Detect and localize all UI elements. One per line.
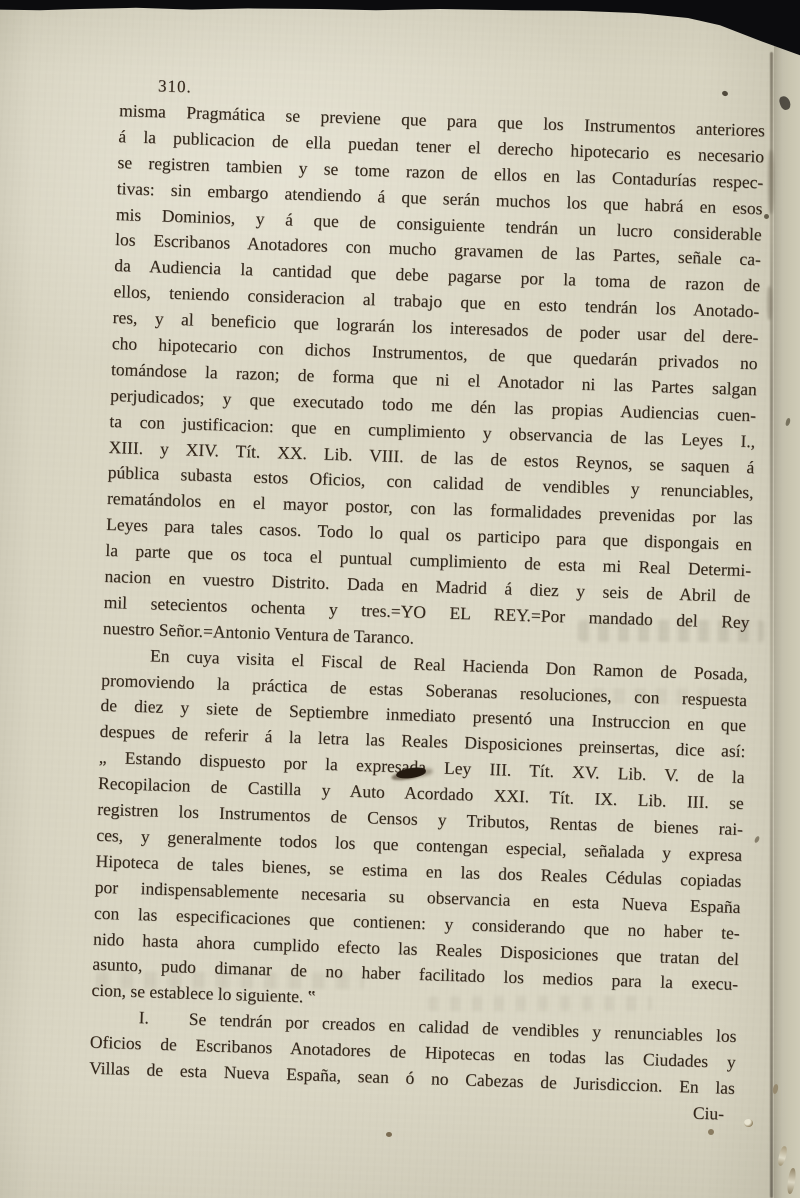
ink-speck [764, 214, 769, 219]
ink-speck [386, 1132, 392, 1137]
scanned-book-page: 310. misma Pragmática se previene que pa… [0, 0, 800, 1198]
fold-crease-line [770, 52, 773, 1198]
page-fold-strip [774, 0, 800, 1198]
text-block: 310. misma Pragmática se previene que pa… [88, 72, 766, 1128]
ink-speck [708, 1129, 714, 1135]
fold-smudge [768, 150, 774, 214]
catchword: Ciu- [693, 1102, 725, 1123]
fold-smudge [767, 286, 772, 320]
wormhole [744, 1119, 753, 1127]
